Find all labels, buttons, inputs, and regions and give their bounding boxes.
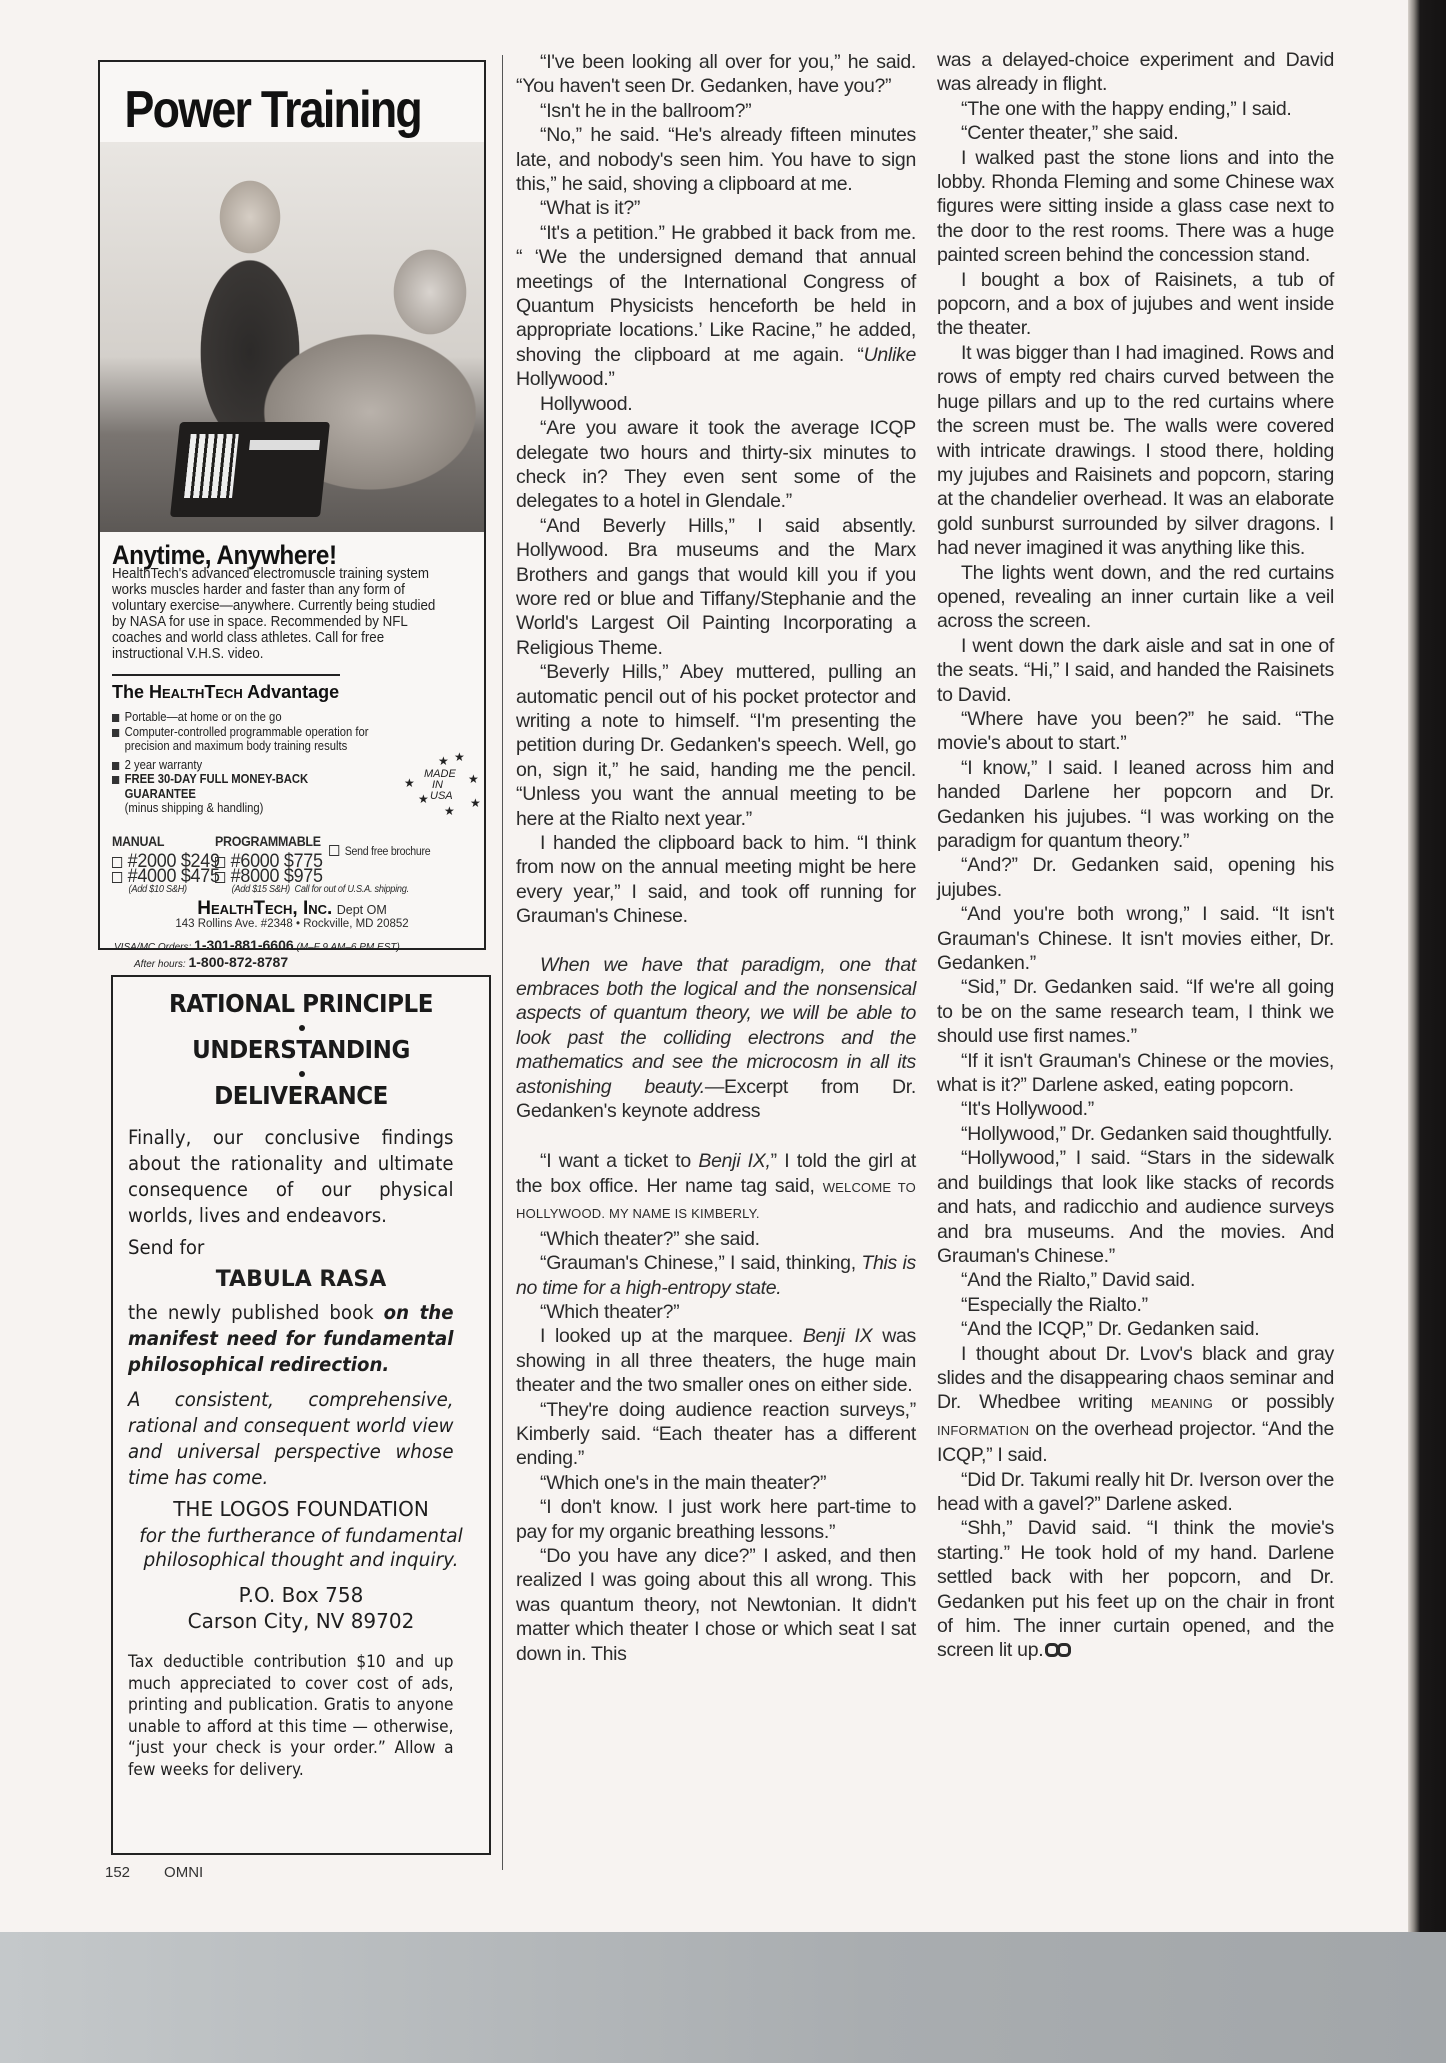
star-icon: ★ (404, 776, 415, 790)
list-item-continued: precision and maximum body training resu… (112, 739, 382, 754)
power-training-ad: Power Training Anytime, Anywhere! Health… (98, 60, 486, 950)
foundation-mission: for the furtherance of fundamental philo… (113, 1525, 489, 1573)
company-name: HealthTech, Inc. (197, 898, 332, 919)
story-column-right: was a delayed-choice experiment and Davi… (937, 48, 1334, 1663)
paragraph: “Shh,” David said. “I think the movie's … (937, 1516, 1334, 1662)
paragraph: “And the Rialto,” David said. (937, 1268, 1334, 1292)
tagline-understanding: UNDERSTANDING (128, 1035, 474, 1064)
advantage-list: Portable—at home or on the go Computer-c… (112, 710, 382, 816)
company-dept: Dept OM (337, 903, 387, 917)
paragraph: “If it isn't Grauman's Chinese or the mo… (937, 1049, 1334, 1098)
list-item: Portable—at home or on the go (112, 710, 382, 725)
tagline-deliverance: DELIVERANCE (128, 1081, 474, 1110)
checkbox[interactable] (112, 872, 122, 883)
italic-run: Unlike (864, 344, 916, 366)
foundation-name: THE LOGOS FOUNDATION (113, 1497, 489, 1521)
paragraph: “Did Dr. Takumi really hit Dr. Iverson o… (937, 1468, 1334, 1517)
ad-body-copy: HealthTech's advanced electromuscle trai… (112, 566, 452, 662)
paragraph: “Beverly Hills,” Abey muttered, pulling … (516, 660, 916, 831)
list-item-note: (minus shipping & handling) (112, 801, 382, 816)
italic-run: Benji IX, (698, 1150, 770, 1172)
after-hours-label: After hours: (134, 959, 186, 970)
star-icon: ★ (444, 804, 455, 818)
option-label: Send free brochure (345, 846, 431, 858)
paragraph: “Isn't he in the ballroom?” (516, 99, 916, 123)
intro-text: Finally, our conclusive findings about t… (128, 1125, 454, 1229)
italic-run: Benji IX (803, 1325, 873, 1347)
paragraph: “Which one's in the main theater?” (516, 1471, 916, 1495)
company-address: 143 Rollins Ave. #2348 • Rockville, MD 2… (100, 918, 484, 930)
column-rule (502, 55, 503, 1870)
list-item-guarantee: FREE 30-DAY FULL MONEY-BACK GUARANTEE (112, 772, 382, 801)
paragraph: “I've been looking all over for you,” he… (516, 50, 916, 99)
paragraph: I walked past the stone lions and into t… (937, 146, 1334, 268)
paragraph: “Which theater?” she said. (516, 1227, 916, 1251)
order-option-8000[interactable]: #8000 $975 (215, 869, 409, 884)
shipping-note: (Add $15 S&H) Call for out of U.S.A. shi… (215, 884, 409, 896)
paragraph: “Hollywood,” I said. “Stars in the sidew… (937, 1146, 1334, 1268)
advantage-title-brand: HealthTech (149, 682, 243, 702)
paragraph: I went down the dark aisle and sat in on… (937, 634, 1334, 707)
paragraph: “Especially the Rialto.” (937, 1293, 1334, 1317)
star-icon: ★ (470, 796, 481, 810)
list-item: Computer-controlled programmable operati… (112, 725, 382, 740)
city-address: Carson City, NV 89702 (113, 1609, 489, 1633)
checkbox[interactable] (329, 845, 339, 856)
checkbox[interactable] (215, 872, 225, 883)
orders-label: VISA/MC Orders: (114, 942, 191, 953)
tagline-rational-principle: RATIONAL PRINCIPLE (128, 989, 474, 1018)
page-number: 152 (105, 1864, 130, 1881)
paragraph: “The one with the happy ending,” I said. (937, 97, 1334, 121)
text-run: “It's a petition.” He grabbed it back fr… (516, 222, 916, 366)
text-run: “Grauman's Chinese,” I said, thinking, (540, 1252, 861, 1274)
paragraph: “Do you have any dice?” I asked, and the… (516, 1544, 916, 1666)
ad-photo-models-with-device (100, 142, 484, 532)
ad-headline: Power Training (118, 80, 428, 140)
story-column-middle: “I've been looking all over for you,” he… (516, 50, 916, 1666)
star-icon: ★ (438, 754, 449, 768)
paragraph: “And?” Dr. Gedanken said, opening his ju… (937, 853, 1334, 902)
international-shipping-note: Call for out of U.S.A. shipping. (294, 884, 408, 895)
paragraph: I bought a box of Raisinets, a tub of po… (937, 268, 1334, 341)
page-folio: 152OMNI (105, 1864, 203, 1881)
worldview-text: A consistent, comprehensive, rational an… (128, 1387, 454, 1491)
paragraph: “I know,” I said. I leaned across him an… (937, 756, 1334, 854)
divider (112, 674, 340, 676)
magazine-page: Power Training Anytime, Anywhere! Health… (0, 0, 1412, 1932)
paragraph: “Hollywood,” Dr. Gedanken said thoughtfu… (937, 1122, 1334, 1146)
paragraph: It was bigger than I had imagined. Rows … (937, 341, 1334, 561)
advantage-title-prefix: The (112, 682, 149, 702)
omni-end-mark-icon (1045, 1643, 1071, 1657)
paragraph: “And the ICQP,” Dr. Gedanken said. (937, 1317, 1334, 1341)
contribution-text: Tax deductible contribution $10 and up m… (128, 1651, 454, 1780)
company-block: HealthTech, Inc. Dept OM 143 Rollins Ave… (100, 898, 484, 930)
paragraph: The lights went down, and the red curtai… (937, 561, 1334, 634)
po-box: P.O. Box 758 (113, 1583, 489, 1607)
small-caps-run: INFORMATION (937, 1423, 1029, 1438)
paragraph: “Are you aware it took the average ICQP … (516, 416, 916, 514)
paragraph: “Where have you been?” he said. “The mov… (937, 707, 1334, 756)
electromuscle-device-image (170, 422, 330, 517)
device-keypad (184, 434, 239, 498)
made-in-usa-badge: ★ ★ ★ ★ MADE IN USA ★ ★ ★ (418, 754, 478, 816)
order-phones: VISA/MC Orders: 1-301-881-6606 (M–F 9 AM… (114, 938, 400, 972)
after-hours-phone: 1-800-872-8787 (188, 954, 288, 970)
advantage-title: The HealthTech Advantage (112, 682, 339, 703)
checkbox[interactable] (215, 857, 225, 868)
paragraph: “Sid,” Dr. Gedanken said. “If we're all … (937, 975, 1334, 1048)
paragraph: “And Beverly Hills,” I said absently. Ho… (516, 514, 916, 660)
paragraph: “They're doing audience reaction surveys… (516, 1398, 916, 1471)
small-caps-run: MEANING (1151, 1396, 1213, 1411)
shipping-note-text: (Add $15 S&H) (232, 884, 290, 895)
text-run: I looked up at the marquee. (540, 1325, 803, 1347)
star-icon: ★ (454, 750, 465, 764)
paragraph: “And you're both wrong,” I said. “It isn… (937, 902, 1334, 975)
scanner-background (0, 1932, 1446, 2063)
text-run: Hollywood.” (516, 368, 615, 390)
badge-text: USA (430, 790, 453, 802)
star-icon: ★ (468, 772, 479, 786)
paragraph: “Center theater,” she said. (937, 121, 1334, 145)
book-description-plain: the newly published book (128, 1301, 384, 1324)
logos-foundation-ad: RATIONAL PRINCIPLE UNDERSTANDING DELIVER… (111, 975, 491, 1855)
page-binding-edge (1408, 0, 1446, 1932)
brochure-option[interactable]: Send free brochure (329, 845, 430, 860)
list-item: 2 year warranty (112, 758, 382, 773)
paragraph: “Which theater?” (516, 1300, 916, 1324)
orders-phone: 1-301-881-6606 (194, 937, 294, 953)
paragraph: “I want a ticket to Benji IX,” I told th… (516, 1149, 916, 1226)
paragraph: “I don't know. I just work here part-tim… (516, 1495, 916, 1544)
bullet-dot (299, 1071, 305, 1077)
text-run: “Shh,” David said. “I think the movie's … (937, 1517, 1334, 1661)
send-for-text: Send for (128, 1235, 454, 1261)
book-description: the newly published book on the manifest… (128, 1300, 454, 1378)
book-title: TABULA RASA (113, 1267, 489, 1292)
paragraph: I looked up at the marquee. Benji IX was… (516, 1324, 916, 1397)
magazine-name: OMNI (164, 1864, 203, 1881)
orders-hours: (M–F 9 AM–6 PM EST) (296, 942, 399, 953)
paragraph: “Grauman's Chinese,” I said, thinking, T… (516, 1251, 916, 1300)
advantage-title-suffix: Advantage (243, 682, 339, 702)
order-option-4000[interactable]: #4000 $475 (112, 869, 220, 884)
paragraph: Hollywood. (516, 392, 916, 416)
bullet-dot (299, 1025, 305, 1031)
text-run: or possibly (1213, 1391, 1334, 1413)
paragraph: I thought about Dr. Lvov's black and gra… (937, 1342, 1334, 1468)
text-run: “I want a ticket to (540, 1150, 698, 1172)
paragraph: “It's a petition.” He grabbed it back fr… (516, 221, 916, 392)
paragraph: I handed the clipboard back to him. “I t… (516, 831, 916, 929)
device-display (249, 440, 320, 450)
paragraph: was a delayed-choice experiment and Davi… (937, 48, 1334, 97)
epigraph: When we have that paradigm, one that emb… (516, 953, 916, 1124)
paragraph: “No,” he said. “He's already fifteen min… (516, 123, 916, 196)
checkbox[interactable] (112, 857, 122, 868)
paragraph: “It's Hollywood.” (937, 1097, 1334, 1121)
paragraph: “What is it?” (516, 196, 916, 220)
star-icon: ★ (418, 792, 429, 806)
